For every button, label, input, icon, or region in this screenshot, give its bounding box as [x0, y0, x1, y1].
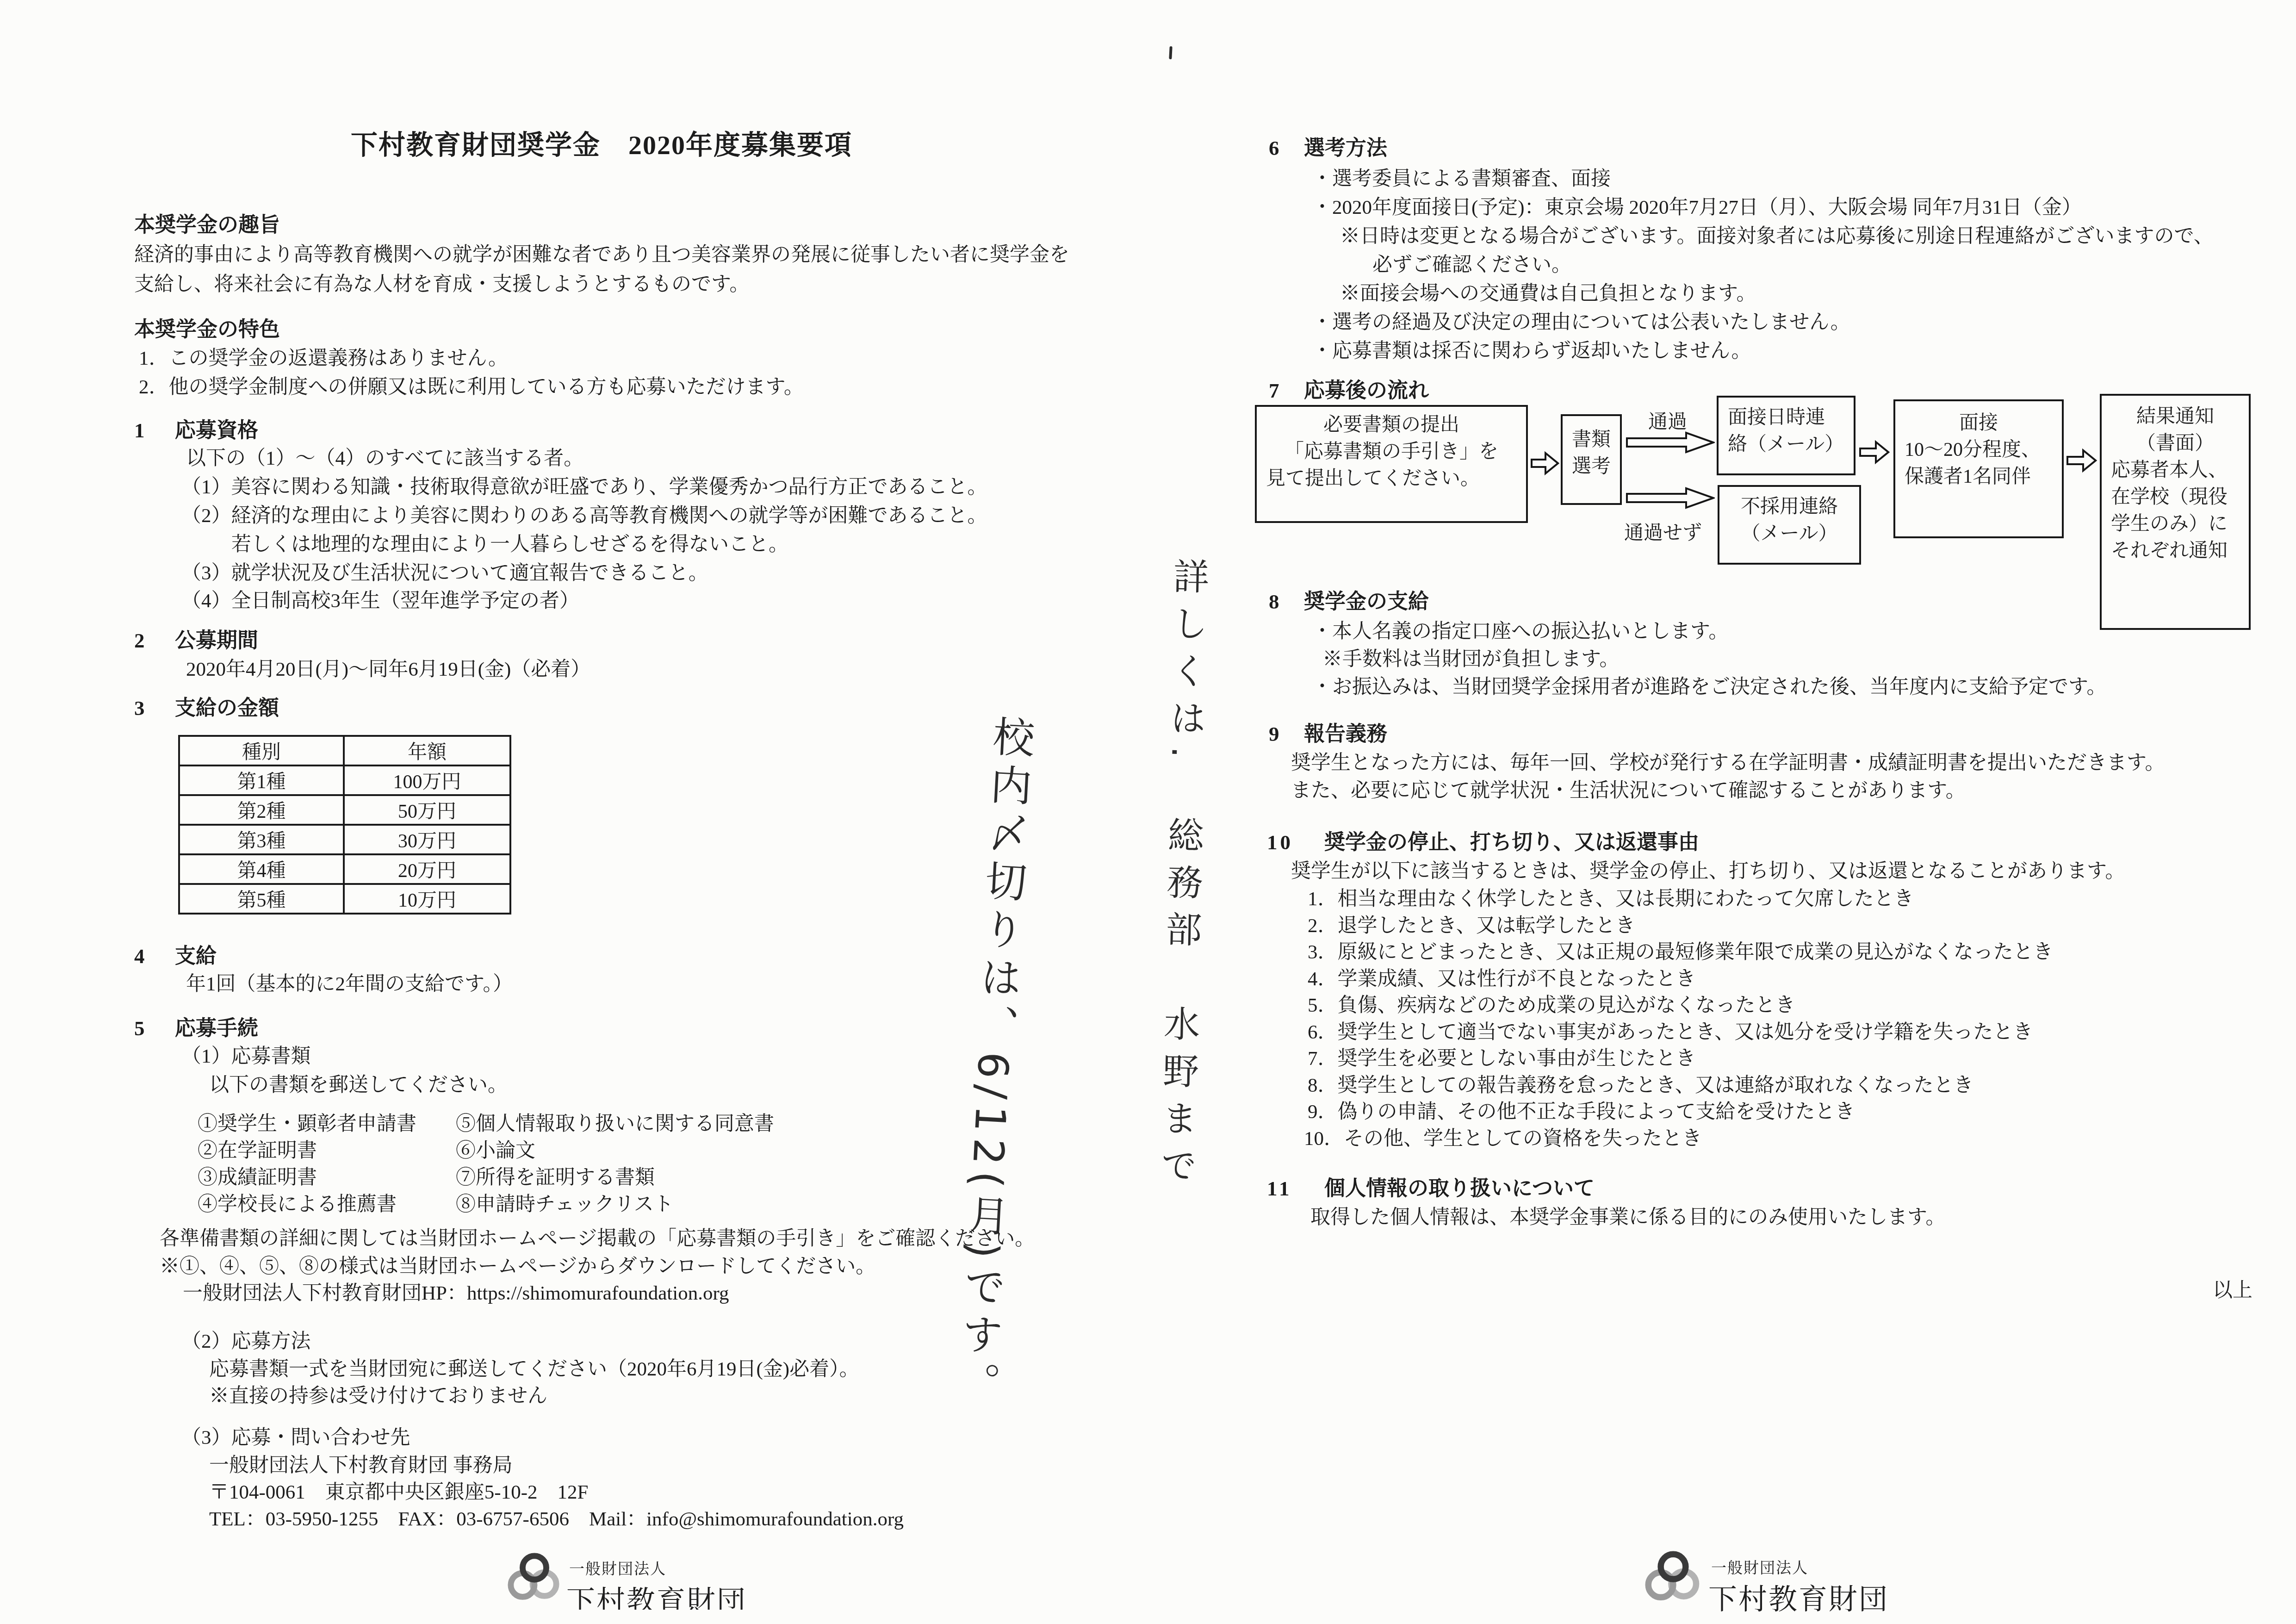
- sec10-item: 7．奨学生を必要としない事由が生じたとき: [1308, 1046, 1696, 1071]
- flow-box-line: 選考: [1563, 453, 1620, 480]
- sec5-number: 5: [134, 1015, 175, 1041]
- sec9-line-2: また、必要に応じて就学状況・生活状況について確認することがあります。: [1291, 778, 1966, 803]
- flow-box-line: （書面）: [2102, 430, 2249, 457]
- sec10-item: 6．奨学生として適当でない事実があったとき、又は処分を受け学籍を失ったとき: [1308, 1020, 2033, 1045]
- sec6-bullet-4: ・応募書類は採否に関わらず返却いたしません。: [1312, 339, 1751, 364]
- sec6-heading-text: 選考方法: [1304, 137, 1387, 160]
- sec6-note-1: ※日時は変更となる場合がございます。面接対象者には応募後に別途日程連絡がございま…: [1340, 224, 2214, 249]
- sec10-heading: 10奨学金の停止、打ち切り、又は返還事由: [1267, 829, 1699, 855]
- foundation-logo-bottom-right: 一般財団法人 下村教育財団: [1642, 1545, 2040, 1624]
- foundation-logo-bottom-left: 一般財団法人 下村教育財団: [504, 1549, 856, 1610]
- flow-box-line: それぞれ通知: [2102, 537, 2249, 564]
- sec8-heading-text: 奨学金の支給: [1304, 590, 1429, 613]
- flow-box-line: 結果通知: [2102, 403, 2249, 430]
- doc-item-2: ②在学証明書: [198, 1139, 317, 1164]
- sec3-number: 3: [134, 695, 175, 721]
- table-header-row: 種別 年額: [179, 736, 510, 765]
- table-cell: 第2種: [179, 795, 344, 825]
- features-item-1: 1．この奨学金の返還義務はありません。: [139, 346, 508, 371]
- table-cell: 第5種: [179, 884, 344, 914]
- pen-mark: [1169, 46, 1172, 59]
- sec10-number: 10: [1267, 829, 1324, 855]
- doc-item-8: ⑧申請時チェックリスト: [456, 1192, 674, 1217]
- sec2-heading: 2公募期間: [134, 628, 258, 653]
- flow-pass-label: 通過: [1648, 406, 1687, 434]
- sec5-sub2-line-2: ※直接の持参は受け付けておりません: [209, 1384, 547, 1409]
- table-header-cell: 年額: [344, 736, 510, 765]
- purpose-line-1: 経済的事由により高等教育機関への就学が困難な者であり且つ美容業界の発展に従事した…: [134, 243, 1069, 268]
- sec7-number: 7: [1269, 378, 1304, 404]
- closing-ijou: 以上: [2213, 1278, 2253, 1303]
- scanned-document-page: 下村教育財団奨学金 2020年度募集要項 本奨学金の趣旨 経済的事由により高等教…: [0, 0, 2296, 1624]
- features-item-2: 2．他の奨学金制度への併願又は既に利用している方も応募いただけます。: [139, 375, 804, 400]
- sec5-heading-text: 応募手続: [175, 1017, 258, 1040]
- flow-arrow-icon: [1531, 450, 1559, 477]
- sec2-heading-text: 公募期間: [175, 629, 258, 652]
- flow-box-line: 在学校（現役: [2102, 484, 2249, 510]
- sec9-number: 9: [1269, 721, 1304, 747]
- sec7-heading-text: 応募後の流れ: [1304, 379, 1429, 402]
- table-cell: 50万円: [344, 795, 510, 825]
- foundation-rings-icon: [1644, 1550, 1702, 1608]
- table-row: 第4種20万円: [179, 854, 510, 884]
- sec8-bullet-2: ・お振込みは、当財団奨学金採用者が進路をご決定された後、当年度内に支給予定です。: [1312, 675, 2107, 700]
- sec5-heading: 5応募手続: [134, 1015, 258, 1041]
- flow-box-line: 学生のみ）に: [2102, 510, 2249, 537]
- sec11-line-1: 取得した個人情報は、本奨学金事業に係る目的にのみ使用いたします。: [1310, 1205, 1946, 1230]
- doc-item-5: ⑤個人情報取り扱いに関する同意書: [456, 1112, 774, 1137]
- sec9-heading-text: 報告義務: [1304, 722, 1387, 746]
- sec11-heading-text: 個人情報の取り扱いについて: [1324, 1177, 1595, 1200]
- flow-arrow-icon: [2066, 447, 2097, 474]
- flow-box-line: 書類: [1563, 426, 1620, 453]
- logo-small-text: 一般財団法人: [569, 1557, 666, 1579]
- table-cell: 100万円: [344, 765, 510, 795]
- flow-box-line: 保護者1名同伴: [1895, 463, 2062, 490]
- flow-fail-label: 通過せず: [1624, 517, 1702, 545]
- sec8-number: 8: [1269, 589, 1304, 615]
- sec9-line-1: 奨学生となった方には、毎年一回、学校が発行する在学証明書・成績証明書を提出いただ…: [1291, 751, 2165, 776]
- table-row: 第1種100万円: [179, 765, 510, 795]
- sec5-note-2: ※①、④、⑤、⑧の様式は当財団ホームページからダウンロードしてください。: [160, 1254, 875, 1279]
- sec4-number: 4: [134, 943, 175, 969]
- flow-arrow-pass-icon: [1626, 431, 1715, 454]
- table-cell: 第4種: [179, 854, 344, 884]
- flow-box-line: 絡（メール）: [1719, 431, 1854, 458]
- sec10-intro: 奨学生が以下に該当するときは、奨学金の停止、打ち切り、又は返還となることがありま…: [1291, 859, 2125, 884]
- flow-box-submission: 必要書類の提出 「応募書類の手引き」を 見て提出してください。: [1255, 405, 1528, 523]
- sec4-heading: 4支給: [134, 943, 217, 969]
- logo-large-text: 下村教育財団: [1708, 1576, 1889, 1618]
- sec1-heading-text: 応募資格: [175, 419, 258, 442]
- sec1-item-2b: 若しくは地理的な理由により一人暮らしせざるを得ないこと。: [231, 532, 788, 557]
- flow-arrow-fail-icon: [1626, 487, 1715, 509]
- sec7-heading: 7応募後の流れ: [1269, 378, 1429, 404]
- sec10-item: 3．原級にとどまったとき、又は正規の最短修業年限で成業の見込がなくなったとき: [1308, 940, 2053, 965]
- foundation-rings-icon: [507, 1552, 562, 1607]
- table-row: 第5種10万円: [179, 884, 510, 914]
- sec11-heading: 11個人情報の取り扱いについて: [1267, 1176, 1595, 1201]
- sec2-number: 2: [134, 628, 175, 653]
- sec10-item: 9．偽りの申請、その他不正な手段によって支給を受けたとき: [1308, 1100, 1855, 1125]
- sec4-heading-text: 支給: [175, 945, 217, 968]
- sec1-item-2: （2）経済的な理由により美容に関わりのある高等教育機関への就学等が困難であること…: [181, 504, 987, 529]
- logo-large-text: 下村教育財団: [566, 1578, 747, 1610]
- flow-box-line: 面接日時連: [1719, 404, 1854, 431]
- sec5-sub2-line-1: 応募書類一式を当財団宛に郵送してください（2020年6月19日(金)必着）。: [209, 1357, 859, 1382]
- doc-item-7: ⑦所得を証明する書類: [456, 1165, 655, 1190]
- table-header-cell: 種別: [179, 736, 344, 765]
- sec10-item: 10．その他、学生としての資格を失ったとき: [1304, 1126, 1702, 1151]
- contact-tel-fax-mail: TEL：03-5950-1255 FAX：03-6757-6506 Mail：i…: [209, 1507, 904, 1532]
- flow-box-result-notice: 結果通知 （書面） 応募者本人、 在学校（現役 学生のみ）に それぞれ通知: [2100, 394, 2251, 630]
- table-cell: 第3種: [179, 825, 344, 854]
- flow-box-line: 見て提出してください。: [1257, 465, 1526, 492]
- table-row: 第3種30万円: [179, 825, 510, 854]
- flow-box-line: 不採用連絡: [1719, 493, 1859, 520]
- amount-table: 種別 年額 第1種100万円 第2種50万円 第3種30万円 第4種20万円 第…: [178, 735, 511, 915]
- sec6-heading: 6選考方法: [1269, 135, 1387, 161]
- sec6-bullet-2: ・2020年度面接日(予定)：東京会場 2020年7月27日（月）、大阪会場 同…: [1312, 195, 2082, 220]
- handwritten-note-deadline: 校内〆切りは、6/12(月)です。: [944, 714, 1041, 1411]
- sec1-heading: 1応募資格: [134, 417, 258, 443]
- sec6-note-3: ※面接会場への交通費は自己負担となります。: [1340, 281, 1756, 306]
- flow-box-interview-schedule: 面接日時連 絡（メール）: [1717, 396, 1855, 475]
- contact-address: 〒104-0061 東京都中央区銀座5-10-2 12F: [209, 1480, 588, 1505]
- sec8-heading: 8奨学金の支給: [1269, 589, 1429, 615]
- sec2-period: 2020年4月20日(月)～同年6月19日(金)（必着）: [186, 657, 590, 682]
- sec3-heading-text: 支給の金額: [175, 697, 279, 720]
- sec10-item: 5．負傷、疾病などのため成業の見込がなくなったとき: [1308, 993, 1795, 1018]
- sec5-sub1-label: （1）応募書類: [181, 1044, 311, 1069]
- sec10-item: 4．学業成績、又は性行が不良となったとき: [1308, 967, 1696, 992]
- sec10-item: 1．相当な理由なく休学したとき、又は長期にわたって欠席したとき: [1308, 887, 1914, 912]
- sec8-bullet-1: ・本人名義の指定口座への振込払いとします。: [1312, 619, 1729, 644]
- sec1-item-4: （4）全日制高校3年生（翌年進学予定の者）: [181, 589, 579, 614]
- doc-item-1: ①奨学生・顕彰者申請書: [198, 1112, 416, 1137]
- doc-item-6: ⑥小論文: [456, 1139, 535, 1164]
- purpose-line-2: 支給し、将来社会に有為な人材を育成・支援しようとするものです。: [134, 272, 750, 297]
- sec6-note-2: 必ずご確認ください。: [1372, 253, 1571, 278]
- table-cell: 20万円: [344, 854, 510, 884]
- flow-box-screening: 書類 選考: [1561, 414, 1622, 505]
- flow-box-interview: 面接 10～20分程度、 保護者1名同伴: [1893, 399, 2064, 538]
- page-title: 下村教育財団奨学金 2020年度募集要項: [351, 129, 852, 162]
- sec1-intro: 以下の（1）～（4）のすべてに該当する者。: [186, 446, 583, 471]
- doc-item-4: ④学校長による推薦書: [198, 1192, 397, 1217]
- sec6-bullet-3: ・選考の経過及び決定の理由については公表いたしません。: [1312, 310, 1850, 335]
- sec1-item-3: （3）就学状況及び生活状況について適宜報告できること。: [181, 561, 708, 586]
- sec3-heading: 3支給の金額: [134, 695, 279, 721]
- sec1-item-1: （1）美容に関わる知識・技術取得意欲が旺盛であり、学業優秀かつ品行方正であること…: [181, 475, 987, 500]
- table-row: 第2種50万円: [179, 795, 510, 825]
- sec6-bullet-1: ・選考委員による書類審査、面接: [1312, 167, 1611, 192]
- table-cell: 10万円: [344, 884, 510, 914]
- sec10-item: 8．奨学生としての報告義務を怠ったとき、又は連絡が取れなくなったとき: [1308, 1073, 1973, 1098]
- contact-org: 一般財団法人下村教育財団 事務局: [209, 1453, 513, 1478]
- sec10-heading-text: 奨学金の停止、打ち切り、又は返還事由: [1324, 831, 1699, 854]
- flow-box-line: 面接: [1895, 410, 2062, 436]
- sec5-note-1: 各準備書類の詳細に関しては当財団ホームページ掲載の「応募書類の手引き」をご確認く…: [160, 1226, 1035, 1251]
- flow-box-line: 応募者本人、: [2102, 457, 2249, 484]
- sec5-sub1-intro: 以下の書類を郵送してください。: [209, 1073, 508, 1098]
- sec10-item: 2．退学したとき、又は転学したとき: [1308, 914, 1635, 939]
- flow-box-line: （メール）: [1719, 520, 1859, 547]
- table-cell: 第1種: [179, 765, 344, 795]
- sec1-number: 1: [134, 417, 175, 443]
- features-heading: 本奨学金の特色: [134, 317, 280, 342]
- purpose-heading: 本奨学金の趣旨: [134, 212, 280, 238]
- flow-box-line: 「応募書類の手引き」を: [1257, 438, 1526, 465]
- flow-box-rejection-notice: 不採用連絡 （メール）: [1718, 485, 1861, 565]
- sec6-number: 6: [1269, 135, 1304, 161]
- table-cell: 30万円: [344, 825, 510, 854]
- logo-small-text: 一般財団法人: [1711, 1556, 1808, 1578]
- sec11-number: 11: [1267, 1176, 1324, 1201]
- sec5-sub2-label: （2）応募方法: [181, 1329, 311, 1354]
- sec5-homepage-url: 一般財団法人下村教育財団HP：https://shimomurafoundati…: [183, 1281, 729, 1306]
- sec4-text: 年1回（基本的に2年間の支給です。）: [186, 972, 513, 997]
- flow-arrow-icon: [1859, 439, 1890, 466]
- sec5-sub3-label: （3）応募・問い合わせ先: [181, 1425, 410, 1450]
- sec8-note-1: ※手数料は当財団が負担します。: [1322, 647, 1620, 672]
- flow-box-line: 必要書類の提出: [1257, 411, 1526, 438]
- flow-box-line: 10～20分程度、: [1895, 436, 2062, 463]
- doc-item-3: ③成績証明書: [198, 1165, 317, 1190]
- sec9-heading: 9報告義務: [1269, 721, 1387, 747]
- handwritten-note-contact: 詳しくは. 総務部 水野まで: [1149, 557, 1215, 1195]
